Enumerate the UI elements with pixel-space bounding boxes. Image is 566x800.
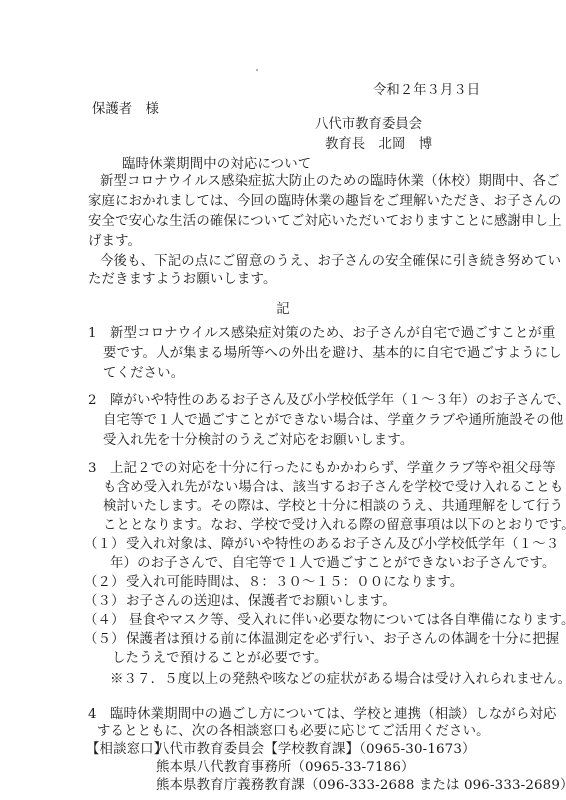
- contact-entry: 八代市教育委員会【学校教育課】（0965-30-1673）: [156, 740, 476, 760]
- contact-entry: 熊本県教育庁義務教育課（096-333-2688 または 096-333-268…: [156, 776, 566, 796]
- recipient: 保護者 様: [92, 100, 159, 120]
- subitem-1-number: （１）: [84, 535, 125, 555]
- subitem-3-line: お子さんの送迎は、保護者でお願いします。: [126, 592, 396, 612]
- subitem-3-number: （３）: [84, 592, 125, 612]
- intro-paragraph-2-line: 今後も、下記の点にご留意のうえ、お子さんの安全確保に引き続き努めてい: [100, 252, 561, 272]
- item-3-line: も含め受入れ先がない場合は、該当するお子さんを学校で受け入れることも: [103, 478, 563, 498]
- item-4-number: 4: [88, 705, 97, 725]
- item-1-number: 1: [88, 324, 97, 344]
- item-3-line: 検討いたします。その際は、学校と十分に相談のうえ、共通理解をして行う: [103, 497, 563, 517]
- item-4-line: するとともに、次の各相談窓口も必要に応じてご活用ください。: [97, 722, 490, 742]
- sender-organization: 八代市教育委員会: [315, 115, 422, 135]
- item-1-line: 要です。人が集まる場所等への外出を避け、基本的に自宅で過ごすようにし: [103, 344, 562, 364]
- item-3-line: 上記２での対応を十分に行ったにもかかわらず、学童クラブ等や祖父母等: [110, 459, 556, 479]
- item-2-line: 受入れ先を十分検討のうえご対応をお願いします。: [103, 431, 413, 451]
- item-2-number: 2: [88, 391, 97, 411]
- item-2-line: 障がいや特性のあるお子さん及び小学校低学年（１～３年）のお子さんで、: [110, 391, 566, 411]
- sender-name: 教育長 北岡 博: [325, 135, 432, 155]
- item-1-line: てください。: [103, 364, 184, 384]
- item-1-line: 新型コロナウイルス感染症対策のため、お子さんが自宅で過ごすことが重: [110, 324, 556, 344]
- subitem-1-line: 受入れ対象は、障がいや特性のあるお子さん及び小学校低学年（１～３: [126, 535, 559, 555]
- document-page: 令和２年３月３日 保護者 様 八代市教育委員会 教育長 北岡 博 臨時休業期間中…: [0, 0, 566, 800]
- subitem-5-number: （５）: [84, 630, 125, 650]
- item-2-line: 自宅等で１人で過ごすことができない場合は、学童クラブや通所施設その他: [103, 411, 563, 431]
- subitem-4-number: （４）: [84, 611, 125, 631]
- intro-paragraph-1-line: 新型コロナウイルス感染症拡大防止のための臨時休業（休校）期間中、各ご: [100, 172, 560, 192]
- subitem-1-line: 年）のお子さんで、自宅等で１人で過ごすことができないお子さんです。: [110, 554, 556, 574]
- item-3-number: 3: [88, 459, 97, 479]
- intro-paragraph-2-line: ただきますようお願いします。: [88, 270, 277, 290]
- contact-entry: 熊本県八代教育事務所（0965-33-7186）: [156, 758, 415, 778]
- subitem-2-number: （２）: [84, 573, 125, 593]
- scan-artifact-dot: [256, 69, 258, 71]
- ki-heading: 記: [0, 300, 566, 320]
- intro-paragraph-1-line: 家庭におかれましては、今回の臨時休業の趣旨をご理解いただき、お子さんの: [88, 192, 561, 212]
- fever-note: ※３７．５度以上の発熱や咳などの症状がある場合は受け入れられません。: [110, 670, 566, 690]
- subitem-4-line: 昼食やマスク等、受入れに伴い必要な物については各自準備になります。: [129, 611, 566, 631]
- intro-paragraph-1-line: 安全で安心な生活の確保についてご対応いただいておりますことに感謝申し上: [88, 212, 562, 232]
- subitem-2-line: 受入れ可能時間は、８：３０～１５：００になります。: [126, 573, 463, 593]
- item-3-line: こととなります。なお、学校で受け入れる際の留意事項は以下のとおりです。: [103, 516, 566, 536]
- intro-paragraph-1-line: げます。: [88, 232, 141, 252]
- subitem-5-line: 保護者は預ける前に体温測定を必ず行い、お子さんの体調を十分に把握: [126, 630, 559, 650]
- subitem-5-line: したうえで預けることが必要です。: [112, 649, 328, 669]
- document-date: 令和２年３月３日: [373, 81, 480, 101]
